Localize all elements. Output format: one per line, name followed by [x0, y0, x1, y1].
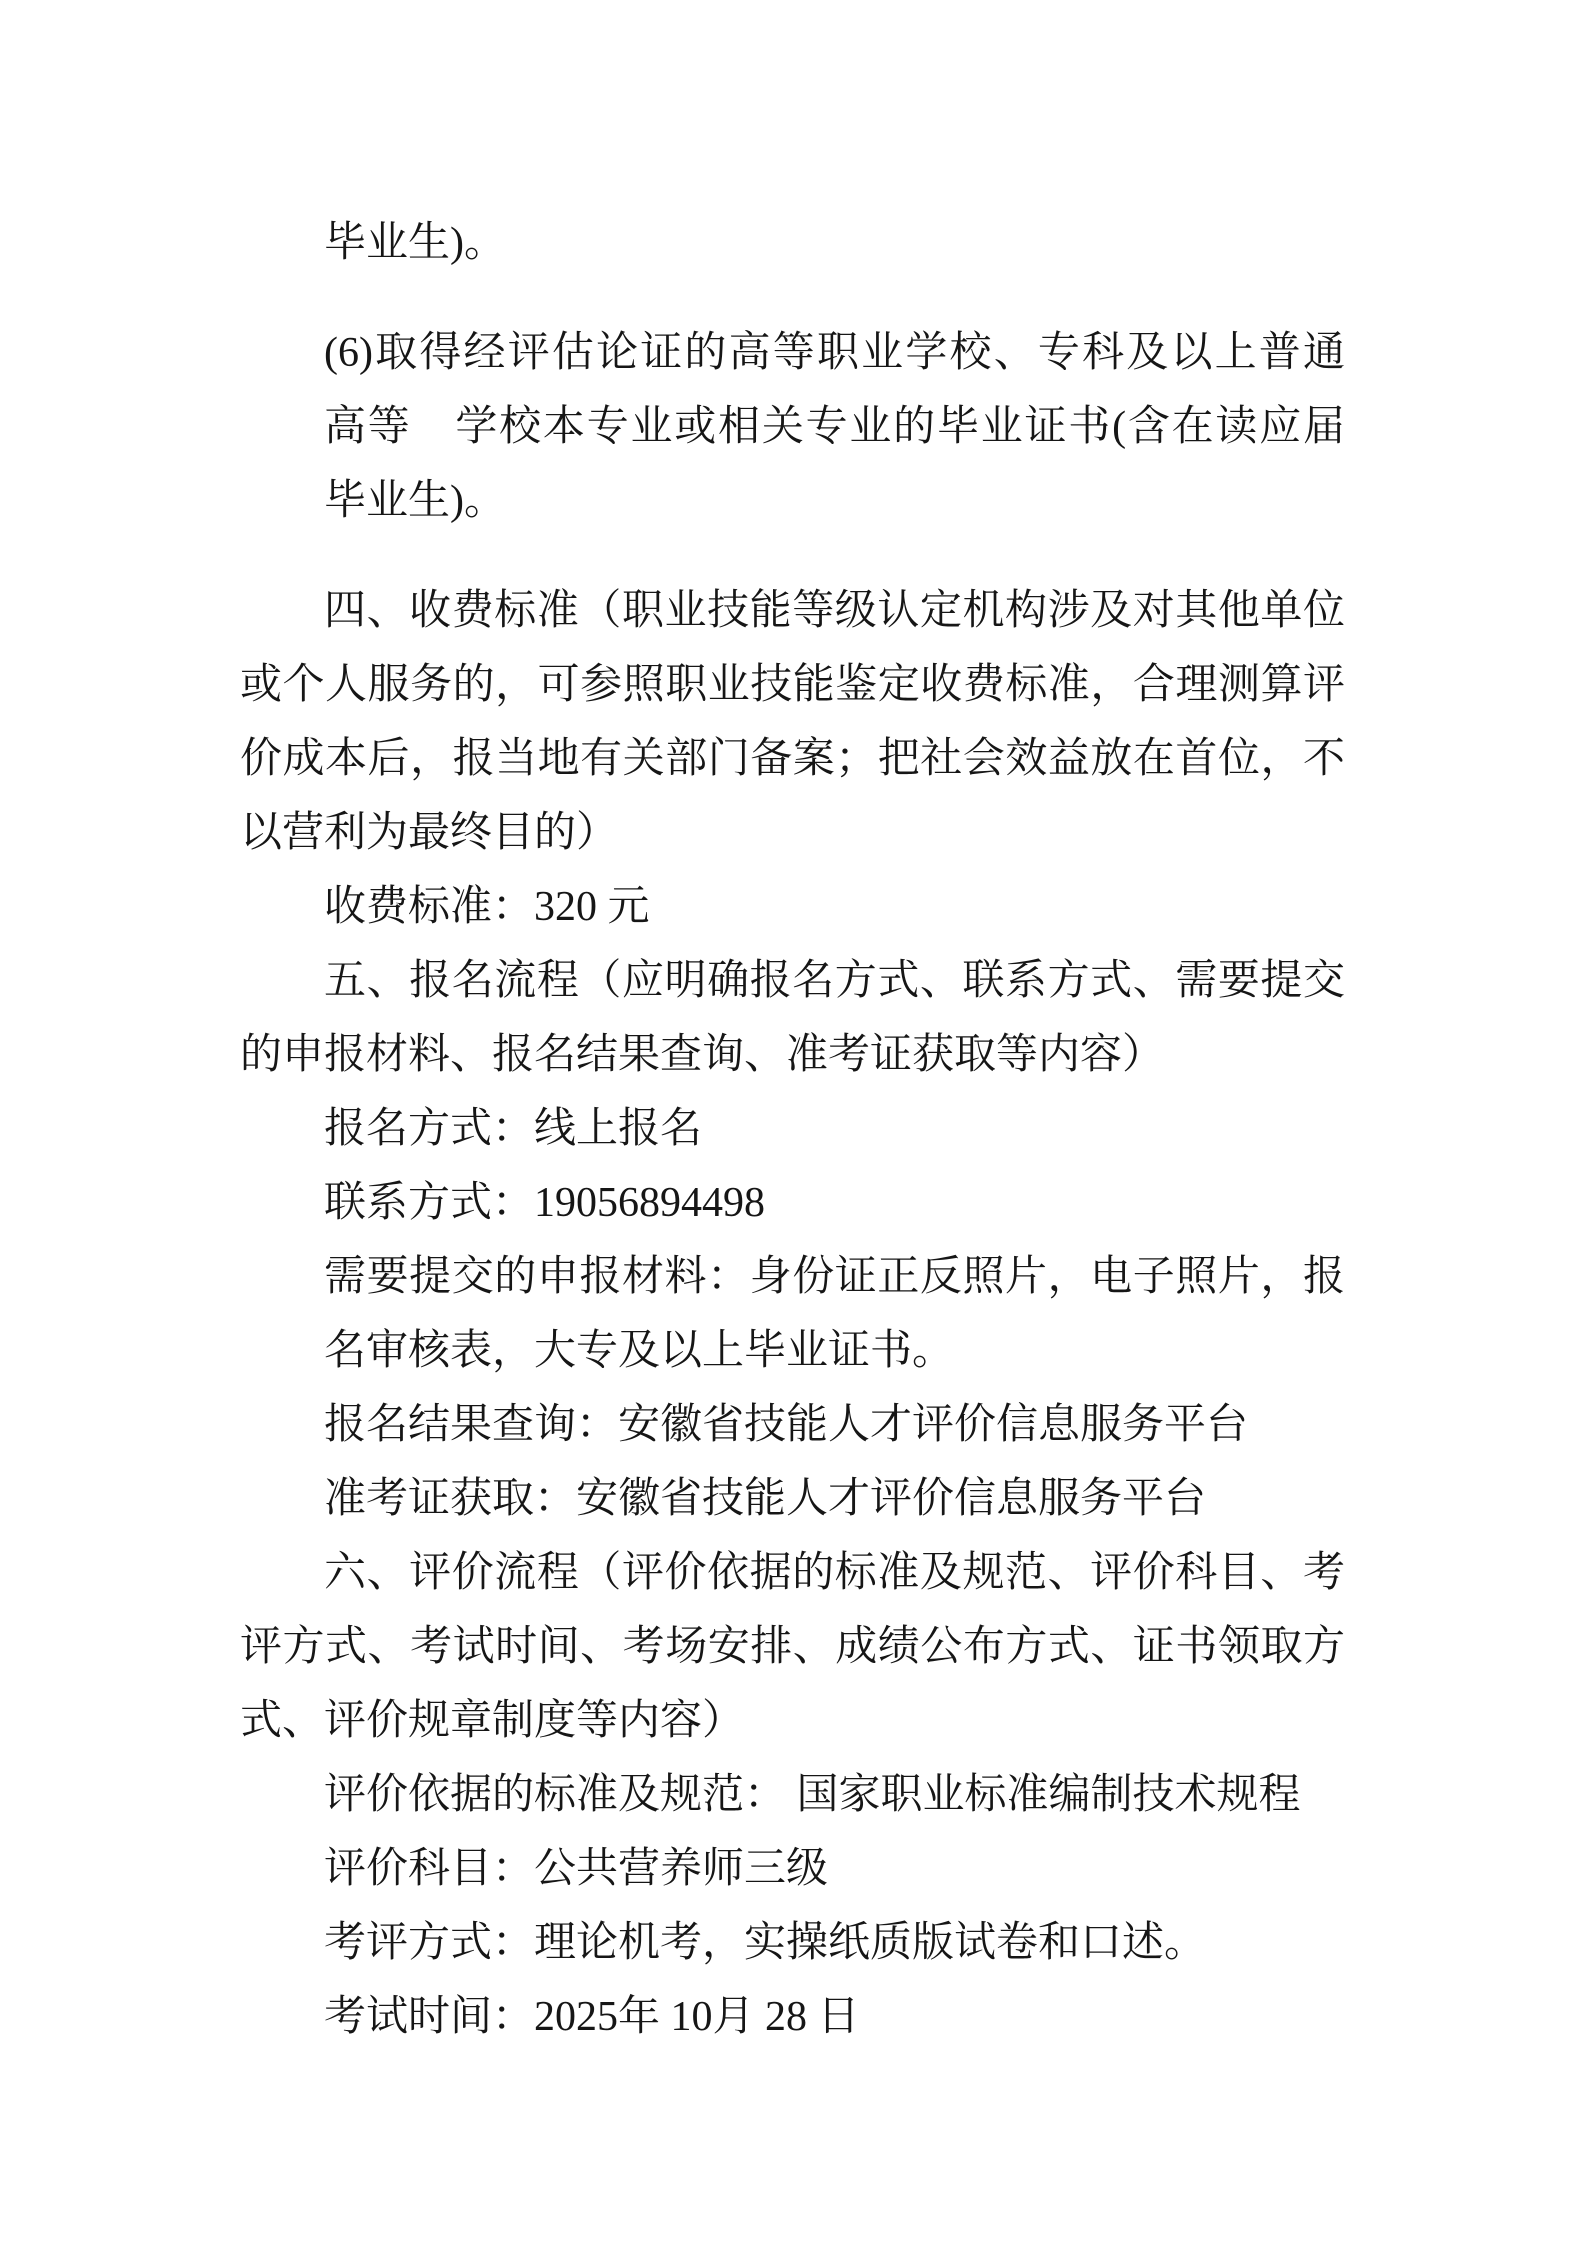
text-line: 以营利为最终目的） [240, 796, 1345, 870]
para-item5-continuation: 毕业生)。 [240, 206, 1345, 280]
document-page: 毕业生)。 (6)取得经评估论证的高等职业学校、专科及以上普通 高等 学校本专业… [0, 0, 1587, 2245]
para-admission-ticket: 准考证获取：安徽省技能人才评价信息服务平台 [240, 1462, 1345, 1536]
text-line: 报名结果查询：安徽省技能人才评价信息服务平台 [240, 1388, 1345, 1462]
text-line: 考评方式：理论机考，实操纸质版试卷和口述。 [240, 1906, 1345, 1980]
para-exam-date: 考试时间：2025年 10月 28 日 [240, 1980, 1345, 2054]
text-line: 需要提交的申报材料：身份证正反照片，电子照片，报 [240, 1240, 1345, 1314]
text-line: 评方式、考试时间、考场安排、成绩公布方式、证书领取方 [240, 1610, 1345, 1684]
text-line: 价成本后，报当地有关部门备案；把社会效益放在首位，不 [240, 722, 1345, 796]
text-line: 评价依据的标准及规范： 国家职业标准编制技术规程 [240, 1758, 1345, 1832]
text-line: 联系方式：19056894498 [240, 1166, 1345, 1240]
text-line: 名审核表，大专及以上毕业证书。 [240, 1314, 1345, 1388]
text-line: 收费标准：320 元 [240, 870, 1345, 944]
para-contact-number: 联系方式：19056894498 [240, 1166, 1345, 1240]
text-line: 高等 学校本专业或相关专业的毕业证书(含在读应届 [240, 390, 1345, 464]
document-body: 毕业生)。 (6)取得经评估论证的高等职业学校、专科及以上普通 高等 学校本专业… [240, 206, 1345, 2054]
text-line: 报名方式：线上报名 [240, 1092, 1345, 1166]
para-fee-amount: 收费标准：320 元 [240, 870, 1345, 944]
text-line: 毕业生)。 [240, 464, 1345, 538]
para-section4-fees: 四、收费标准（职业技能等级认定机构涉及对其他单位 或个人服务的，可参照职业技能鉴… [240, 574, 1345, 870]
text-line: 准考证获取：安徽省技能人才评价信息服务平台 [240, 1462, 1345, 1536]
text-line: 五、报名流程（应明确报名方式、联系方式、需要提交 [240, 944, 1345, 1018]
para-item6: (6)取得经评估论证的高等职业学校、专科及以上普通 高等 学校本专业或相关专业的… [240, 316, 1345, 538]
text-line: (6)取得经评估论证的高等职业学校、专科及以上普通 [240, 316, 1345, 390]
para-evaluation-standard: 评价依据的标准及规范： 国家职业标准编制技术规程 [240, 1758, 1345, 1832]
text-line: 式、评价规章制度等内容） [240, 1684, 1345, 1758]
text-line: 六、评价流程（评价依据的标准及规范、评价科目、考 [240, 1536, 1345, 1610]
para-evaluation-format: 考评方式：理论机考，实操纸质版试卷和口述。 [240, 1906, 1345, 1980]
para-registration-method: 报名方式：线上报名 [240, 1092, 1345, 1166]
text-line: 或个人服务的，可参照职业技能鉴定收费标准，合理测算评 [240, 648, 1345, 722]
text-line: 评价科目：公共营养师三级 [240, 1832, 1345, 1906]
para-result-query: 报名结果查询：安徽省技能人才评价信息服务平台 [240, 1388, 1345, 1462]
text-line: 毕业生)。 [240, 206, 1345, 280]
text-line: 考试时间：2025年 10月 28 日 [240, 1980, 1345, 2054]
para-section5-registration: 五、报名流程（应明确报名方式、联系方式、需要提交 的申报材料、报名结果查询、准考… [240, 944, 1345, 1092]
para-evaluation-subject: 评价科目：公共营养师三级 [240, 1832, 1345, 1906]
para-section6-evaluation: 六、评价流程（评价依据的标准及规范、评价科目、考 评方式、考试时间、考场安排、成… [240, 1536, 1345, 1758]
para-required-materials: 需要提交的申报材料：身份证正反照片，电子照片，报 名审核表，大专及以上毕业证书。 [240, 1240, 1345, 1388]
text-line: 四、收费标准（职业技能等级认定机构涉及对其他单位 [240, 574, 1345, 648]
text-line: 的申报材料、报名结果查询、准考证获取等内容） [240, 1018, 1345, 1092]
